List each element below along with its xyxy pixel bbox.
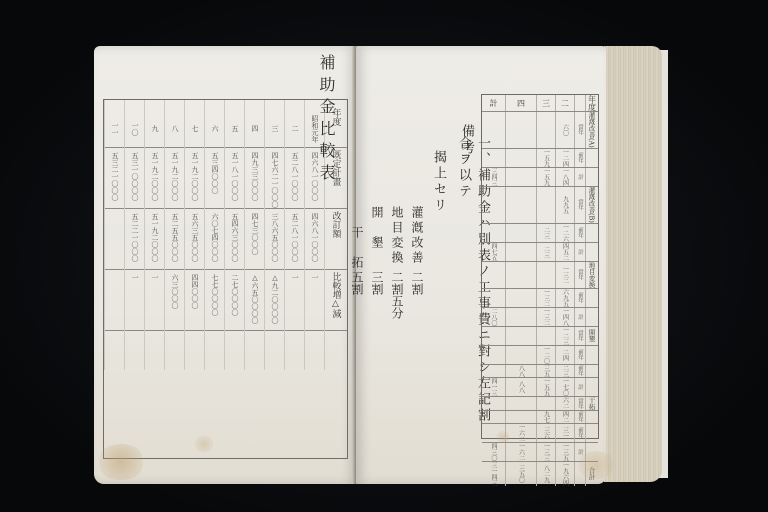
planned-amount: 四九三三〇〇〇 [251, 152, 258, 201]
comparison-columns: 年度既定計畫改訂額比較増△減昭和元年四六八一〇〇〇四六八一〇〇〇一二五二八一〇〇… [104, 100, 347, 370]
row-subcategory: 當年 [574, 397, 585, 410]
cell-value [482, 224, 505, 242]
header-col: 二 [555, 95, 574, 111]
year-column: 七五一九二〇〇〇五六三五〇〇〇四四〇〇〇 [184, 100, 204, 370]
year-column: 一〇五三一〇〇〇〇五二二一〇〇〇一 [124, 100, 144, 370]
rate-value-land-conversion: 二割五分 [389, 271, 406, 319]
cell-value: 六九五 [555, 289, 574, 307]
year-label: 四 [251, 110, 258, 147]
cell-value [505, 262, 536, 288]
remarks-line-2: 揭上セリ [429, 150, 448, 214]
cell-value [482, 327, 505, 345]
cell-value: 一六二 [505, 443, 536, 461]
table-row: 計一四八一三二二八〇 [482, 308, 598, 327]
rate-value-reclamation: 三割 [369, 271, 386, 295]
cell-value: 八八 [505, 365, 536, 377]
row-subcategory: 前年 [574, 424, 585, 442]
cell-value [482, 149, 505, 167]
cell-value [482, 112, 505, 148]
cell-value [536, 262, 555, 288]
cell-value: 四一三 [482, 378, 505, 396]
difference-amount: 一 [291, 274, 298, 281]
cell-value: 一二四 [555, 149, 574, 167]
table-row: 前年六九五一三二 [482, 289, 598, 308]
row-category: 地目変換 [585, 262, 598, 288]
planned-amount: 五三一〇〇〇〇 [131, 152, 138, 201]
row-category [585, 243, 598, 261]
year-column: 二五二八一〇〇〇五二八一〇〇〇一 [284, 100, 304, 370]
header-col: 四 [505, 95, 536, 111]
year-label: 八 [171, 110, 178, 147]
row-category: 開墾 [585, 327, 598, 345]
table-row: 前年一二四一五九 [482, 149, 598, 168]
table-row: 計一七〇一五五八八四一三 [482, 378, 598, 397]
table-row: 灌漑改善(B)當年九九五 [482, 187, 598, 224]
row-category: 干拓 [585, 397, 598, 410]
row-subcategory: 當年 [574, 187, 585, 223]
left-page: 年度既定計畫改訂額比較増△減昭和元年四六八一〇〇〇四六八一〇〇〇一二五二八一〇〇… [94, 46, 356, 484]
breakdown-grid: 年度二三四計灌漑改善(A)當年六〇前年一二四一五九計一八四一五九三四三灌漑改善(… [482, 95, 598, 438]
cell-value [482, 346, 505, 364]
cell-value: 一五九 [536, 168, 555, 186]
cell-value: 四二 [555, 411, 574, 423]
cell-value: 八八 [505, 378, 536, 396]
planned-amount: 五一九二〇〇〇 [151, 152, 158, 201]
cell-value [505, 346, 536, 364]
cell-value: 一五五 [536, 378, 555, 396]
year-column: 六五三四〇〇〇六〇七四〇〇〇七七〇〇〇〇 [204, 100, 224, 370]
year-column: 九五一九二〇〇〇五一九二〇〇〇一 [144, 100, 164, 370]
cell-value: 三四三 [482, 168, 505, 186]
difference-amount: △九二〇〇〇〇 [271, 274, 278, 324]
header-col: 計 [482, 95, 505, 111]
cell-value [505, 327, 536, 345]
year-label: 七 [191, 110, 198, 147]
page-stack-edge [604, 46, 662, 482]
planned-amount: 五一八一〇〇〇 [231, 152, 238, 201]
row-subcategory: 前年 [574, 346, 585, 364]
cell-value [482, 262, 505, 288]
revised-amount: 六〇七四〇〇〇 [211, 213, 218, 262]
cell-value: 二三 [555, 365, 574, 377]
difference-amount: 一 [151, 274, 158, 281]
difference-amount: 六三〇〇〇 [171, 274, 178, 309]
cell-value [505, 397, 536, 410]
cell-value: 一二〇 [536, 346, 555, 364]
right-page: 備考 一、補助金ハ別表ノ工事費ニ對シ左記割合ヲ以テ 揭上セリ 灌漑改善 二割 地… [356, 46, 606, 484]
year-column: 五五一八一〇〇〇五四六三〇〇〇二七〇〇〇〇 [224, 100, 244, 370]
water-stain [496, 431, 510, 443]
row-subcategory: 當年 [574, 327, 585, 345]
cell-value [505, 149, 536, 167]
row-category [585, 224, 598, 242]
water-stain [96, 444, 146, 480]
cell-value: 三一 [555, 424, 574, 442]
row-category [585, 168, 598, 186]
row-category [585, 308, 598, 326]
cell-value: 一八四 [555, 168, 574, 186]
row-category [585, 289, 598, 307]
open-ledger-book: 年度既定計畫改訂額比較増△減昭和元年四六八一〇〇〇四六八一〇〇〇一二五二八一〇〇… [92, 42, 667, 487]
cell-value: 一六二 [505, 424, 536, 442]
cell-value [536, 397, 555, 410]
water-stain [194, 436, 214, 452]
planned-amount: 四七六二一〇〇〇 [271, 152, 278, 208]
difference-amount: 一 [131, 274, 138, 281]
cell-value: 六二 [555, 397, 574, 410]
water-stain [576, 451, 616, 479]
cell-value: 九九五 [555, 187, 574, 223]
table-row: 前年二四一二〇 [482, 346, 598, 365]
rate-item-reclamation: 開墾 [369, 206, 386, 266]
row-category [585, 365, 598, 377]
row-subcategory: 當年 [574, 112, 585, 148]
cell-value [536, 112, 555, 148]
cell-value [482, 187, 505, 223]
cell-value: 八二九 [536, 462, 555, 486]
cell-value [482, 365, 505, 377]
row-category [585, 378, 598, 396]
rate-value-land-drainage: 五割 [349, 271, 366, 295]
cell-value: 一三五 [555, 443, 574, 461]
year-column: 三四七六二一〇〇〇三八六五〇〇〇△九二〇〇〇〇 [264, 100, 284, 370]
year-label: 九 [151, 110, 158, 147]
page-title: 補助金比較表 [315, 54, 338, 186]
year-label: 一一 [111, 110, 118, 147]
year-column: 一一五三二一〇〇〇 [104, 100, 124, 370]
cell-value [505, 168, 536, 186]
revised-amount: 五二五五〇〇〇 [171, 213, 178, 262]
cell-value: 二四 [555, 346, 574, 364]
cell-value: 二三 [536, 243, 555, 261]
cell-value: 一四八 [555, 308, 574, 326]
row-subcategory: 當年 [574, 262, 585, 288]
row-category: 灌漑改善(A) [585, 112, 598, 148]
year-column: 四四九三三〇〇〇四七三〇〇〇△六五〇〇〇〇 [244, 100, 264, 370]
difference-amount: △六五〇〇〇〇 [251, 274, 258, 324]
project-breakdown-table: 年度二三四計灌漑改善(A)當年六〇前年一二四一五九計一八四一五九三四三灌漑改善(… [481, 94, 599, 439]
header-spacer [574, 95, 585, 111]
cell-value: 三五〇 [505, 462, 536, 486]
row-category: 灌漑改善(B) [585, 187, 598, 223]
cell-value [505, 411, 536, 423]
rate-item-irrigation: 灌漑改善 [409, 206, 426, 266]
row-subcategory: 前年 [574, 365, 585, 377]
revised-amount: 四六八一〇〇〇 [311, 213, 318, 262]
revised-amount: 三八六五〇〇〇 [271, 213, 278, 262]
row-category [585, 149, 598, 167]
table-row: 計四五二二三四七五 [482, 243, 598, 262]
planned-amount: 五一九二〇〇〇 [191, 152, 198, 201]
cell-value: 一三二 [536, 308, 555, 326]
row-subcategory: 前年 [574, 224, 585, 242]
cell-value: 三五 [536, 365, 555, 377]
cell-value: 三六 [536, 424, 555, 442]
revised-amount: 五六三五〇〇〇 [191, 213, 198, 262]
row-subcategory: 前年 [574, 149, 585, 167]
row-subcategory: 前年 [574, 289, 585, 307]
cell-value [482, 397, 505, 410]
cell-value: 二八〇 [482, 308, 505, 326]
planned-amount: 五二八一〇〇〇 [291, 152, 298, 201]
cell-value: 三一四三 [482, 462, 505, 486]
cell-value [536, 327, 555, 345]
cell-value: 一二六 [555, 224, 574, 242]
cell-value: 九七 [536, 411, 555, 423]
table-row: 開墾當年一二三 [482, 327, 598, 346]
difference-amount: 四四〇〇〇 [191, 274, 198, 309]
cell-value [482, 411, 505, 423]
difference-amount: 二七〇〇〇〇 [231, 274, 238, 316]
revised-amount: 四七三〇〇〇 [251, 213, 258, 255]
cell-value: 一三二 [555, 262, 574, 288]
cell-value [505, 243, 536, 261]
header-year: 年度 [585, 95, 598, 111]
table-row: 前年二三三五八八 [482, 365, 598, 378]
cell-value: 四三〇 [482, 443, 505, 461]
cell-value: 四七五 [482, 243, 505, 261]
cell-value: 一二三 [555, 327, 574, 345]
cell-value: 四五二 [555, 243, 574, 261]
year-label: 六 [211, 110, 218, 147]
cell-value: 一五九 [536, 149, 555, 167]
year-label: 五 [231, 110, 238, 147]
difference-amount: 七七〇〇〇〇 [211, 274, 218, 316]
row-category [585, 411, 598, 423]
cell-value: 一三三 [536, 443, 555, 461]
table-row: 前年四二九七 [482, 411, 598, 424]
revised-amount: 五二八一〇〇〇 [291, 213, 298, 262]
table-row: 計一八四一五九三四三 [482, 168, 598, 187]
cell-value: 二三 [536, 224, 555, 242]
subsidy-comparison-table: 年度既定計畫改訂額比較増△減昭和元年四六八一〇〇〇四六八一〇〇〇一二五二八一〇〇… [103, 99, 348, 459]
row-subcategory: 前年 [574, 411, 585, 423]
revised-amount: 五一九二〇〇〇 [151, 213, 158, 262]
table-row: 前年一二六二三 [482, 224, 598, 243]
row-subcategory: 計 [574, 378, 585, 396]
table-row: 灌漑改善(A)當年六〇 [482, 112, 598, 149]
rate-item-land-conversion: 地目変換 [389, 206, 406, 266]
row-category [585, 346, 598, 364]
cell-value [505, 187, 536, 223]
rate-value-irrigation: 二割 [409, 271, 426, 295]
year-column: 八五一九二〇〇〇五二五五〇〇〇六三〇〇〇 [164, 100, 184, 370]
cell-value [505, 289, 536, 307]
cell-value [505, 224, 536, 242]
remarks-section: 備考 一、補助金ハ別表ノ工事費ニ對シ左記割合ヲ以テ 揭上セリ 灌漑改善 二割 地… [364, 96, 484, 436]
cell-value: 六〇 [555, 112, 574, 148]
year-label: 一〇 [131, 110, 138, 147]
row-subcategory: 計 [574, 168, 585, 186]
row-subcategory: 計 [574, 243, 585, 261]
row-subcategory: 計 [574, 308, 585, 326]
cell-value: 一七〇 [555, 378, 574, 396]
cell-value [536, 187, 555, 223]
planned-amount: 五三二一〇〇〇 [111, 152, 118, 201]
table-header-row: 年度二三四計 [482, 95, 598, 112]
header-difference: 比較増△減 [330, 272, 343, 318]
planned-amount: 五一九二〇〇〇 [171, 152, 178, 201]
cell-value: 一九六四 [555, 462, 574, 486]
year-label: 二 [291, 110, 298, 147]
cell-value: 一三二 [536, 289, 555, 307]
header-col: 三 [536, 95, 555, 111]
row-category [585, 424, 598, 442]
revised-amount: 五四六三〇〇〇 [231, 213, 238, 262]
year-label: 三 [271, 110, 278, 147]
cell-value [505, 308, 536, 326]
revised-amount: 五二二一〇〇〇 [131, 213, 138, 262]
header-revised: 改訂額 [330, 211, 343, 238]
difference-amount: 一 [311, 274, 318, 281]
cell-value [505, 112, 536, 148]
planned-amount: 五三四〇〇〇 [211, 152, 218, 194]
table-row: 地目変換當年一三二 [482, 262, 598, 289]
cell-value [482, 289, 505, 307]
table-row: 干拓當年六二 [482, 397, 598, 411]
